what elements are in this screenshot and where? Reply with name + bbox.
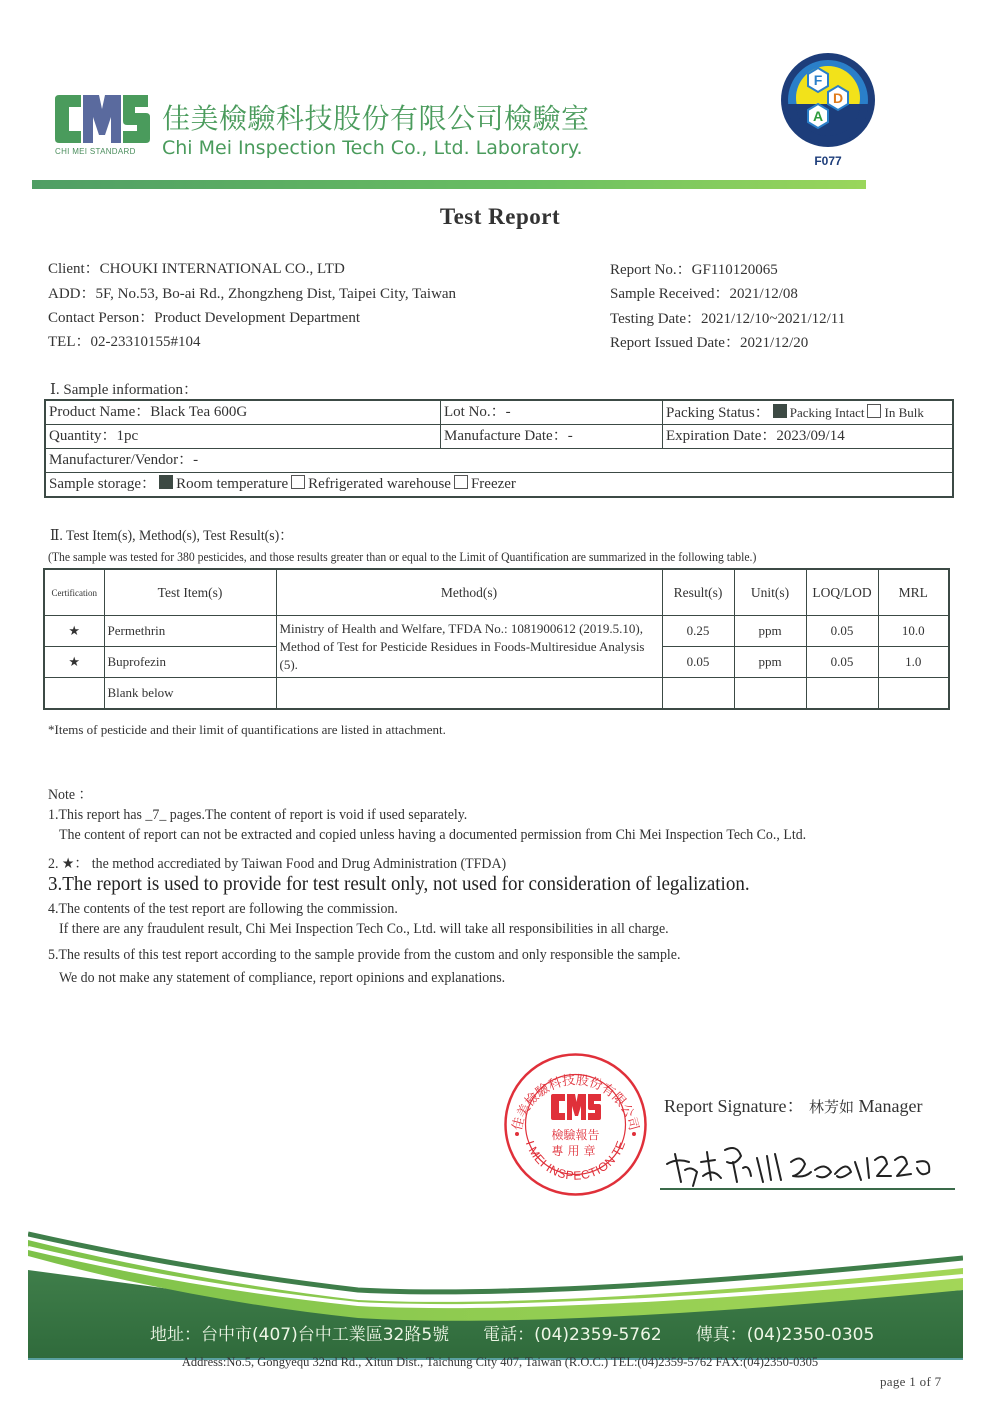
page-title: Test Report bbox=[0, 204, 1000, 230]
quantity: Quantity：1pc bbox=[46, 425, 440, 448]
report-signature: Report Signature： 林芳如 Manager bbox=[664, 1092, 922, 1118]
packing-status: Packing Status：Packing IntactIn Bulk bbox=[662, 401, 952, 424]
sample-info-table: Product Name：Black Tea 600G Lot No.：- Pa… bbox=[44, 399, 954, 498]
column-header: Result(s) bbox=[662, 569, 734, 616]
sample-section-heading: Ⅰ. Sample information： bbox=[50, 378, 198, 399]
result-value bbox=[662, 678, 734, 710]
signer-name: 林芳如 bbox=[809, 1098, 854, 1116]
client-tel: TEL：02-23310155#104 bbox=[48, 330, 200, 351]
table-footnote: *Items of pesticide and their limit of q… bbox=[48, 722, 446, 738]
svg-text:CHI MEI INSPECTION TECH: CHI MEI INSPECTION TECH bbox=[503, 1052, 628, 1183]
svg-text:檢驗報告: 檢驗報告 bbox=[551, 1127, 599, 1142]
company-name-en: Chi Mei Inspection Tech Co., Ltd. Labora… bbox=[162, 137, 582, 159]
accreditation-code: F077 bbox=[780, 154, 876, 168]
mrl-value bbox=[878, 678, 949, 710]
unit-value: ppm bbox=[734, 647, 806, 678]
fda-hexagon-badge-icon: F D A bbox=[780, 52, 876, 148]
contact-person: Contact Person：Product Development Depar… bbox=[48, 306, 360, 327]
page-number: page 1 of 7 bbox=[880, 1374, 941, 1390]
test-section-note: (The sample was tested for 380 pesticide… bbox=[48, 550, 756, 565]
sample-storage-label: Sample storage： bbox=[49, 476, 156, 492]
lot-number: Lot No.：- bbox=[440, 401, 662, 424]
note-5-continued: We do not make any statement of complian… bbox=[59, 970, 505, 987]
note-5: 5.The results of this test report accord… bbox=[48, 947, 680, 964]
company-name-cn: 佳美檢驗科技股份有限公司檢驗室 bbox=[162, 97, 590, 137]
manufacturer-vendor: Manufacturer/Vendor：- bbox=[46, 449, 952, 472]
note-4-continued: If there are any fraudulent result, Chi … bbox=[59, 921, 669, 938]
mrl-value: 1.0 bbox=[878, 647, 949, 678]
test-results-table: Certification Test Item(s) Method(s) Res… bbox=[43, 568, 950, 710]
in-bulk-label: In Bulk bbox=[884, 405, 923, 420]
note-1: 1.This report has _7_ pages.The content … bbox=[48, 807, 467, 824]
sample-received: Sample Received：2021/12/08 bbox=[610, 282, 798, 303]
company-seal-stamp-icon: 佳美檢驗科技股份有限公司 CHI MEI INSPECTION TECH 檢驗報… bbox=[503, 1052, 648, 1197]
test-item: Blank below bbox=[104, 678, 276, 710]
packing-status-label: Packing Status： bbox=[666, 405, 770, 421]
sample-row: Product Name：Black Tea 600G Lot No.：- Pa… bbox=[46, 401, 952, 424]
sample-row: Quantity：1pc Manufacture Date：- Expirati… bbox=[46, 424, 952, 448]
freezer-checkbox bbox=[454, 475, 468, 489]
notes-heading: Note ： bbox=[48, 783, 92, 804]
test-item: Permethrin bbox=[104, 616, 276, 647]
note-4: 4.The contents of the test report are fo… bbox=[48, 901, 398, 918]
room-temperature-label: Room temperature bbox=[176, 476, 288, 492]
column-header: Method(s) bbox=[276, 569, 662, 616]
column-header: Unit(s) bbox=[734, 569, 806, 616]
testing-date: Testing Date：2021/12/10~2021/12/11 bbox=[610, 307, 845, 328]
loq-value: 0.05 bbox=[806, 647, 878, 678]
freezer-label: Freezer bbox=[471, 476, 516, 492]
note-1-continued: The content of report can not be extract… bbox=[59, 827, 806, 844]
star-icon: ★ bbox=[44, 647, 104, 678]
header-divider bbox=[32, 180, 866, 189]
column-header: MRL bbox=[878, 569, 949, 616]
result-value: 0.25 bbox=[662, 616, 734, 647]
loq-value: 0.05 bbox=[806, 616, 878, 647]
note-3: 3.The report is used to provide for test… bbox=[48, 873, 750, 896]
test-section-heading: Ⅱ. Test Item(s), Method(s), Test Result(… bbox=[50, 524, 293, 545]
unit-value: ppm bbox=[734, 616, 806, 647]
cms-logo-icon bbox=[55, 95, 150, 143]
manufacture-date: Manufacture Date：- bbox=[440, 425, 662, 448]
unit-value bbox=[734, 678, 806, 710]
sample-row: Manufacturer/Vendor：- bbox=[46, 448, 952, 472]
table-header-row: Certification Test Item(s) Method(s) Res… bbox=[44, 569, 949, 616]
logo-subtitle: CHI MEI STANDARD bbox=[55, 147, 150, 156]
svg-text:專用章: 專用章 bbox=[551, 1143, 599, 1158]
signature-label: Report Signature： bbox=[664, 1096, 804, 1116]
mrl-value: 10.0 bbox=[878, 616, 949, 647]
expiration-date: Expiration Date：2023/09/14 bbox=[662, 425, 952, 448]
column-header: LOQ/LOD bbox=[806, 569, 878, 616]
sample-storage: Sample storage：Room temperatureRefrigera… bbox=[46, 473, 952, 496]
method-cell bbox=[276, 678, 662, 710]
packing-intact-label: Packing Intact bbox=[790, 405, 865, 420]
column-header: Certification bbox=[44, 569, 104, 616]
star-icon: ★ bbox=[44, 616, 104, 647]
note-2: 2. ★： the method accrediated by Taiwan F… bbox=[48, 852, 506, 873]
handwritten-signature-icon bbox=[655, 1132, 965, 1200]
test-item: Buprofezin bbox=[104, 647, 276, 678]
svg-text:F: F bbox=[814, 72, 823, 88]
packing-intact-checkbox bbox=[773, 404, 787, 418]
footer-contact-en: Address:No.5, Gongyequ 32nd Rd., Xitun D… bbox=[0, 1355, 1000, 1370]
room-temperature-checkbox bbox=[159, 475, 173, 489]
column-header: Test Item(s) bbox=[104, 569, 276, 616]
client-address: ADD：5F, No.53, Bo-ai Rd., Zhongzheng Dis… bbox=[48, 282, 456, 303]
refrigerated-label: Refrigerated warehouse bbox=[308, 476, 451, 492]
footer-contact-cn: 地址：台中市(407)台中工業區32路5號 電話：(04)2359-5762 傳… bbox=[150, 1320, 874, 1345]
report-number: Report No.：GF110120065 bbox=[610, 258, 778, 279]
test-method: Ministry of Health and Welfare, TFDA No.… bbox=[276, 616, 662, 678]
product-name: Product Name：Black Tea 600G bbox=[46, 401, 440, 424]
company-logo: CHI MEI STANDARD bbox=[55, 95, 150, 150]
in-bulk-checkbox bbox=[867, 404, 881, 418]
svg-text:D: D bbox=[833, 90, 843, 106]
certification-cell bbox=[44, 678, 104, 710]
report-issued-date: Report Issued Date：2021/12/20 bbox=[610, 331, 808, 352]
table-row: ★ Permethrin Ministry of Health and Welf… bbox=[44, 616, 949, 647]
table-row: Blank below bbox=[44, 678, 949, 710]
svg-text:A: A bbox=[813, 108, 823, 124]
loq-value bbox=[806, 678, 878, 710]
result-value: 0.05 bbox=[662, 647, 734, 678]
refrigerated-checkbox bbox=[291, 475, 305, 489]
sample-row: Sample storage：Room temperatureRefrigera… bbox=[46, 472, 952, 496]
signer-title: Manager bbox=[859, 1096, 923, 1116]
client-name: Client：CHOUKI INTERNATIONAL CO., LTD bbox=[48, 257, 345, 278]
